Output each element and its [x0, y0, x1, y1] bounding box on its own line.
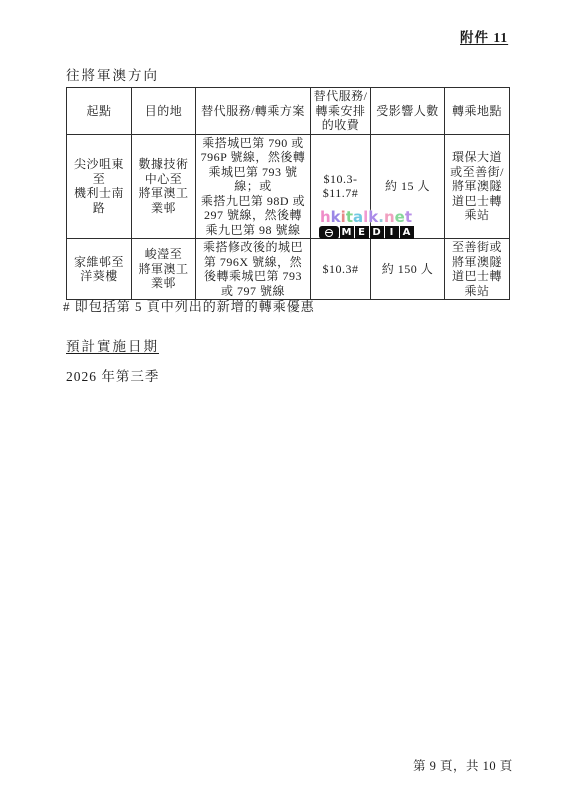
media-logo-icon — [319, 226, 339, 239]
document-page: 附件 11 往將軍澳方向 起點 目的地 替代服務/轉乘方案 替代服務/ 轉乘安排… — [0, 0, 566, 800]
table-header-row: 起點 目的地 替代服務/轉乘方案 替代服務/ 轉乘安排 的收費 受影響人數 轉乘… — [67, 88, 510, 135]
section-heading: 往將軍澳方向 — [66, 64, 159, 84]
cell-interchange-location: 至善街或 將軍澳隧 道巴士轉 乘站 — [445, 239, 510, 300]
header-origin: 起點 — [67, 88, 132, 135]
cell-alternative-service: 乘搭修改後的城巴 第 796X 號線，然 後轉乘城巴第 793 或 797 號線 — [196, 239, 311, 300]
table-row: 尖沙咀東 至 機利士南 路 數據技術 中心至 將軍澳工 業邨 乘搭城巴第 790… — [67, 134, 510, 239]
header-fare: 替代服務/ 轉乘安排 的收費 — [311, 88, 371, 135]
cell-alternative-service: 乘搭城巴第 790 或 796P 號線，然後轉 乘城巴第 793 號 線；或 乘… — [196, 134, 311, 239]
cell-interchange-location: 環保大道 或至善街/ 將軍澳隧 道巴士轉 乘站 — [445, 134, 510, 239]
header-destination: 目的地 — [132, 88, 196, 135]
implementation-date-value: 2026 年第三季 — [66, 365, 159, 385]
cell-origin: 尖沙咀東 至 機利士南 路 — [67, 134, 132, 239]
implementation-date-heading: 預計實施日期 — [66, 335, 159, 355]
cell-destination: 數據技術 中心至 將軍澳工 業邨 — [132, 134, 196, 239]
footnote: # 即包括第 5 頁中列出的新增的轉乘優惠 — [63, 296, 315, 315]
cell-origin: 家維邨至 洋葵樓 — [67, 239, 132, 300]
cell-fare: $10.3# — [311, 239, 371, 300]
header-alternative-service: 替代服務/轉乘方案 — [196, 88, 311, 135]
watermark-site-text: hkitalk.net — [316, 210, 416, 225]
watermark-media-letters: MEDIA — [316, 226, 416, 239]
table-row: 家維邨至 洋葵樓 峻瀅至 將軍澳工 業邨 乘搭修改後的城巴 第 796X 號線，… — [67, 239, 510, 300]
route-table: 起點 目的地 替代服務/轉乘方案 替代服務/ 轉乘安排 的收費 受影響人數 轉乘… — [66, 87, 510, 300]
annex-label: 附件 11 — [460, 26, 508, 46]
header-affected-passengers: 受影響人數 — [371, 88, 445, 135]
cell-destination: 峻瀅至 將軍澳工 業邨 — [132, 239, 196, 300]
page-number: 第 9 頁，共 10 頁 — [413, 756, 513, 774]
cell-affected-passengers: 約 150 人 — [371, 239, 445, 300]
header-interchange-location: 轉乘地點 — [445, 88, 510, 135]
watermark: hkitalk.net MEDIA — [316, 210, 416, 239]
